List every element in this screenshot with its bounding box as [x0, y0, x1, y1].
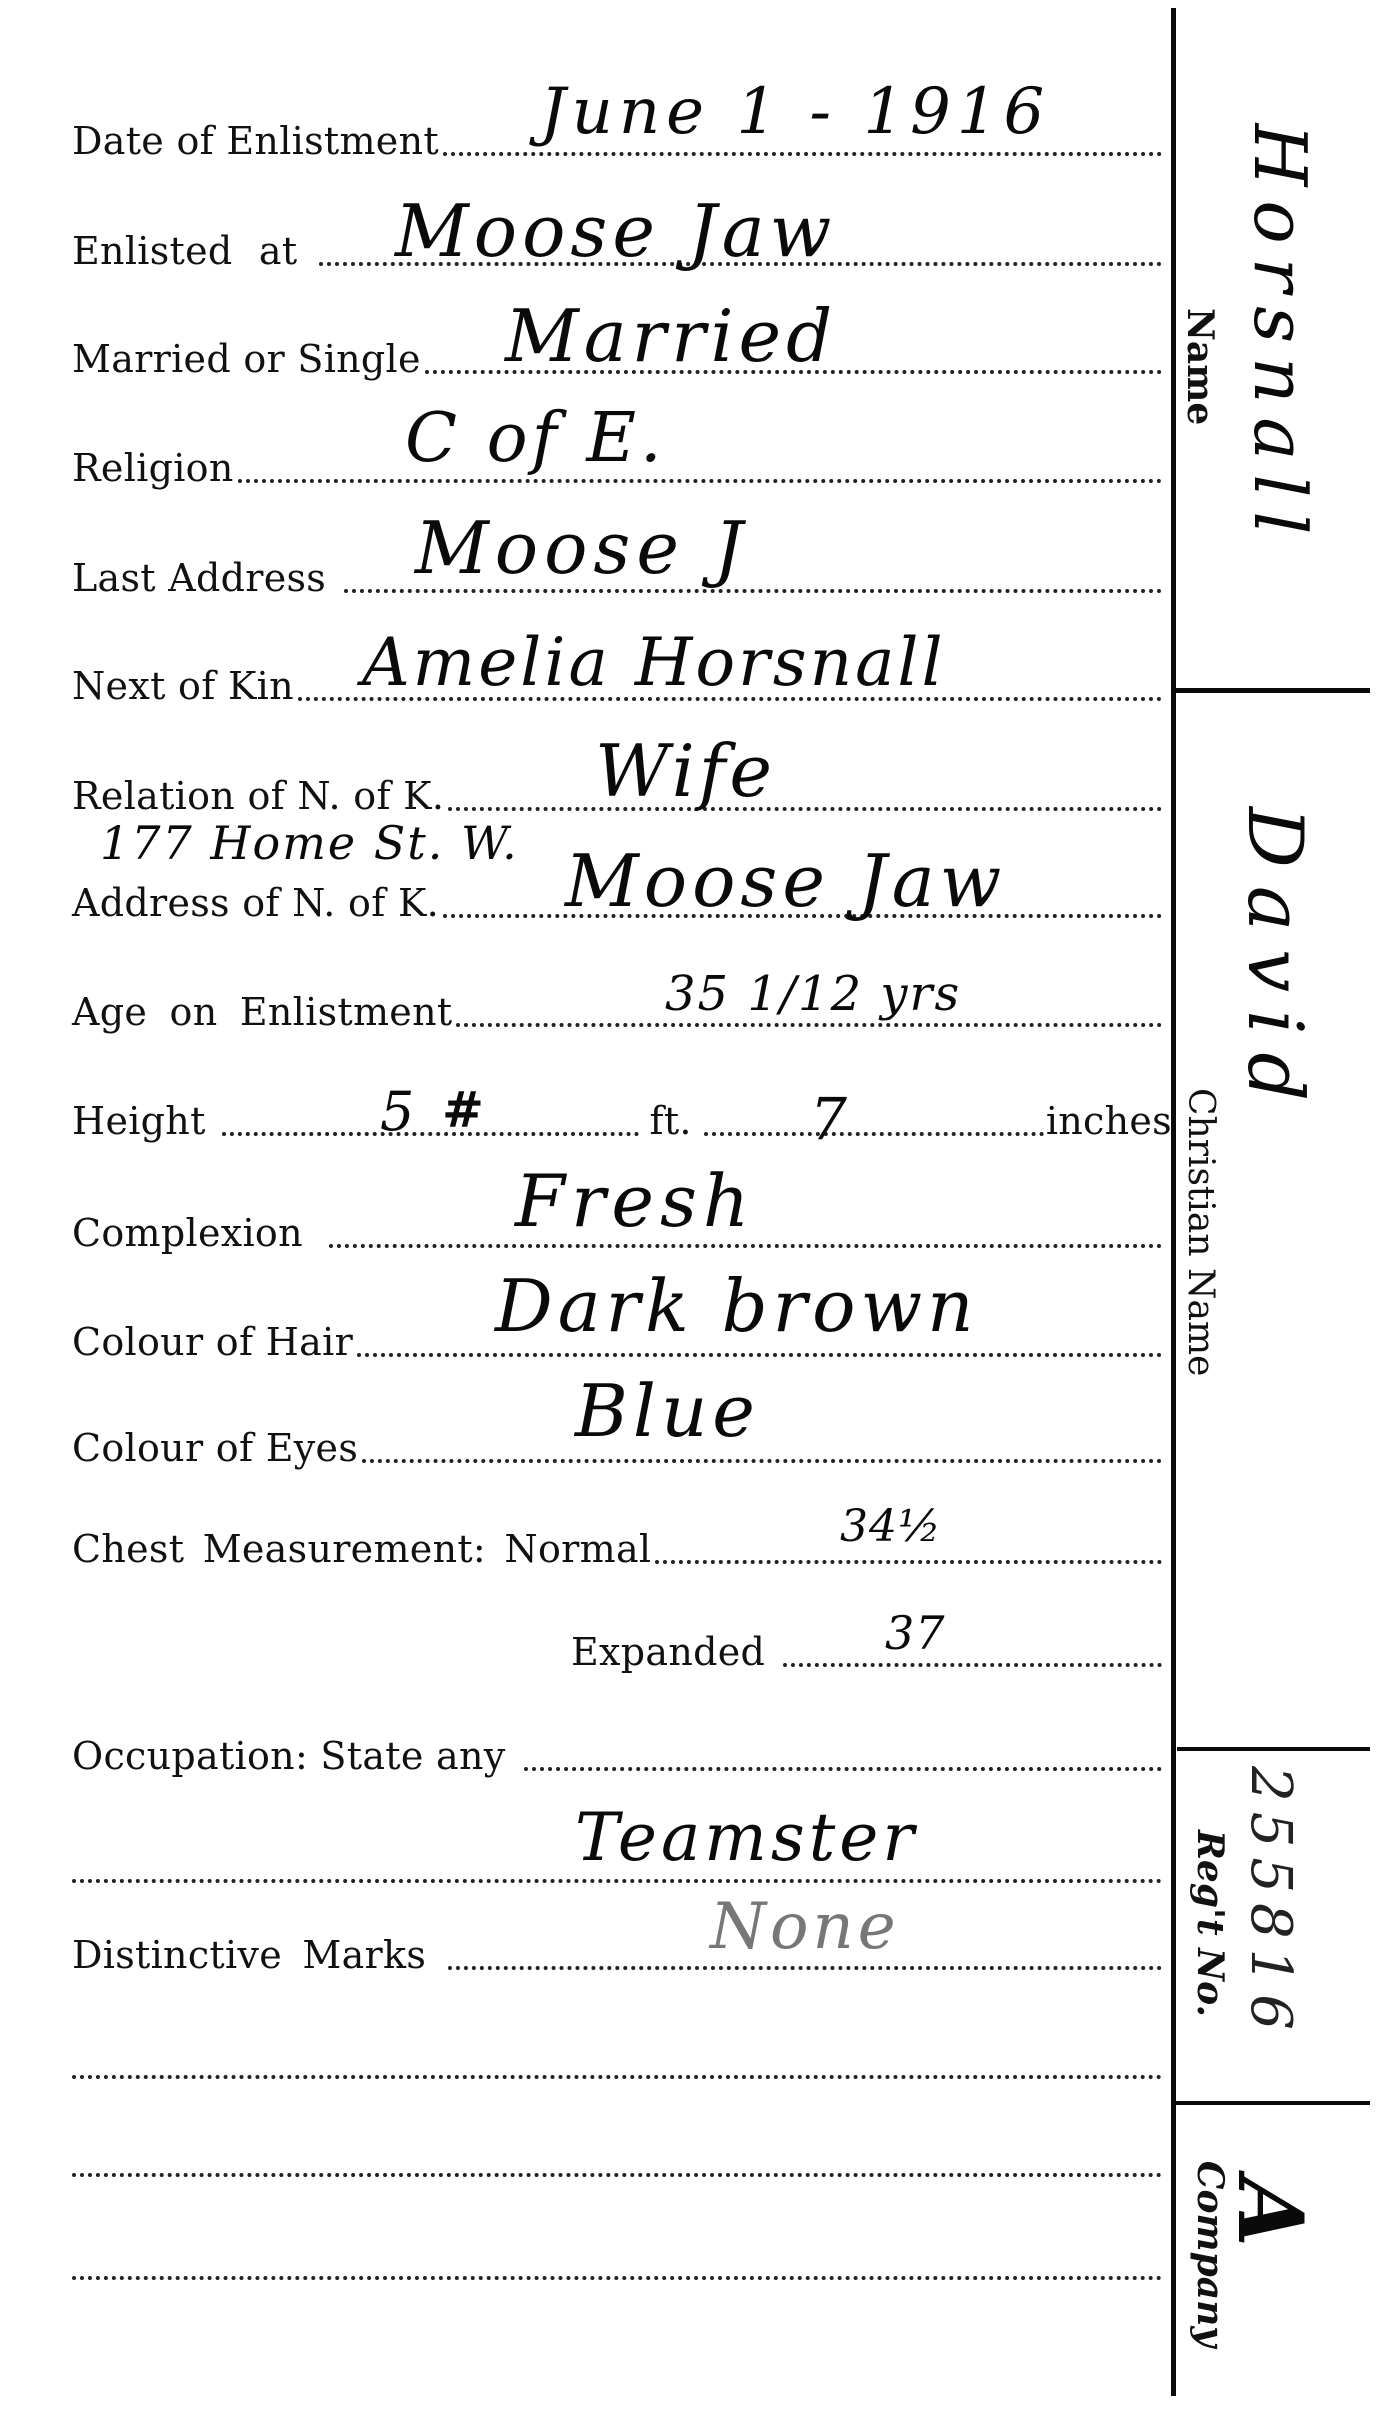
- dotted-line: [783, 1663, 1162, 1667]
- value-married-or-single: Married: [505, 300, 837, 372]
- dotted-line: [524, 1767, 1162, 1771]
- dotted-line: [357, 1353, 1162, 1357]
- dotted-line: [72, 2276, 1162, 2280]
- row-chest-expanded: Expanded: [571, 1621, 1164, 1671]
- value-chest-normal: 34½: [840, 1505, 942, 1549]
- row-age-on-enlistment: Age on Enlistment: [72, 981, 1164, 1031]
- label-christian-name: Christian Name: [1182, 1088, 1218, 1348]
- label-date-of-enlistment: Date of Enlistment: [72, 122, 439, 160]
- column-divider-vertical: [1171, 8, 1176, 2396]
- value-complexion: Fresh: [515, 1165, 755, 1237]
- label-chest-expanded: Expanded: [571, 1633, 765, 1671]
- value-distinctive-marks: None: [710, 1895, 900, 1959]
- label-regt-no: Reg't No.: [1192, 1830, 1228, 2010]
- label-colour-of-eyes: Colour of Eyes: [72, 1429, 358, 1467]
- value-address-of-nok-city: Moose Jaw: [565, 845, 1006, 917]
- dotted-line: [655, 1560, 1162, 1564]
- dotted-line: [456, 1023, 1162, 1027]
- label-age-on-enlistment: Age on Enlistment: [72, 993, 452, 1031]
- value-company: A: [1225, 2155, 1315, 2275]
- label-enlisted-at: Enlisted at: [72, 232, 297, 270]
- dotted-line: [329, 1244, 1162, 1248]
- value-occupation: Teamster: [575, 1805, 918, 1871]
- label-height: Height: [72, 1102, 206, 1140]
- value-chest-expanded: 37: [885, 1610, 946, 1656]
- value-colour-of-hair: Dark brown: [495, 1270, 978, 1342]
- value-address-of-nok-street: 177 Home St. W.: [100, 820, 519, 866]
- row-chest-normal: Chest Measurement: Normal: [72, 1518, 1164, 1568]
- label-chest-normal: Chest Measurement: Normal: [72, 1530, 651, 1568]
- value-christian-name: David: [1237, 763, 1313, 1163]
- value-height-feet: 5: [380, 1085, 415, 1139]
- dotted-line: [222, 1132, 640, 1136]
- label-colour-of-hair: Colour of Hair: [72, 1323, 353, 1361]
- label-last-address: Last Address: [72, 559, 326, 597]
- dotted-line: [362, 1459, 1162, 1463]
- row-blank-2: [72, 2131, 1164, 2181]
- value-next-of-kin: Amelia Horsnall: [362, 630, 946, 696]
- divider-name: [1173, 688, 1370, 693]
- row-occupation: Occupation: State any: [72, 1725, 1164, 1775]
- dotted-line: [72, 2173, 1162, 2177]
- attestation-card: Date of Enlistment June 1 - 1916 Enliste…: [0, 0, 1379, 2426]
- dotted-line: [72, 2075, 1162, 2079]
- row-blank-1: [72, 2033, 1164, 2083]
- value-height-feet-overwrite: #: [442, 1085, 485, 1135]
- dotted-line: [448, 1966, 1162, 1970]
- label-distinctive-marks: Distinctive Marks: [72, 1936, 426, 1974]
- divider-christian-name: [1177, 1747, 1370, 1751]
- row-distinctive-marks: Distinctive Marks: [72, 1924, 1164, 1974]
- dotted-line: [443, 152, 1162, 156]
- value-name: Horsnall: [1244, 56, 1316, 616]
- value-height-inches: 7: [810, 1090, 848, 1148]
- value-religion: C of E.: [405, 405, 666, 473]
- dotted-line: [72, 1879, 1162, 1883]
- value-age-on-enlistment: 35 1/12 yrs: [665, 970, 961, 1018]
- dotted-line: [238, 479, 1162, 483]
- label-occupation: Occupation: State any: [72, 1737, 506, 1775]
- value-regt-no: 255816: [1242, 1763, 1298, 2043]
- dotted-line: [704, 1132, 1044, 1136]
- label-height-inches: inches: [1046, 1102, 1172, 1140]
- label-relation-of-nok: Relation of N. of K.: [72, 777, 444, 815]
- value-last-address: Moose J: [415, 512, 749, 584]
- row-blank-3: [72, 2234, 1164, 2284]
- value-colour-of-eyes: Blue: [575, 1375, 760, 1447]
- value-relation-of-nok: Wife: [595, 735, 776, 807]
- label-married-or-single: Married or Single: [72, 340, 421, 378]
- label-name: Name: [1182, 308, 1218, 408]
- value-enlisted-at: Moose Jaw: [395, 195, 836, 267]
- row-height: Height ft. inches: [72, 1090, 1172, 1140]
- label-address-of-nok: Address of N. of K.: [72, 884, 439, 922]
- value-date-of-enlistment: June 1 - 1916: [540, 80, 1050, 144]
- label-complexion: Complexion: [72, 1214, 303, 1252]
- divider-regt-no: [1175, 2101, 1370, 2105]
- label-height-ft: ft.: [649, 1102, 691, 1140]
- dotted-line: [448, 807, 1162, 811]
- label-religion: Religion: [72, 449, 234, 487]
- label-next-of-kin: Next of Kin: [72, 667, 294, 705]
